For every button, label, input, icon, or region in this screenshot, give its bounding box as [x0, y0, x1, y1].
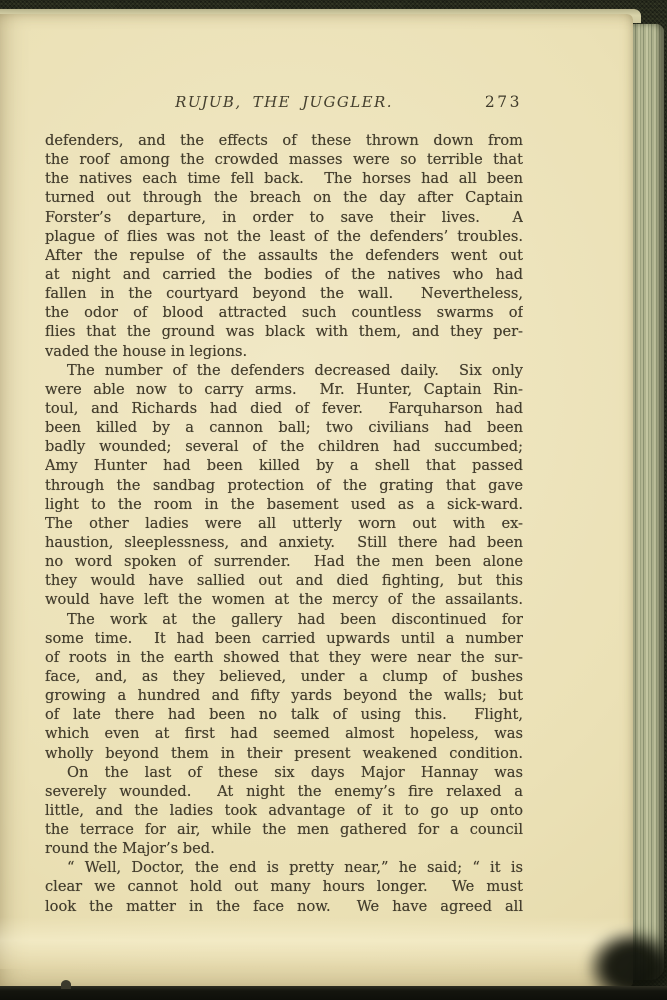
text-line: plague of flies was not the least of the…	[45, 227, 523, 246]
book-scan: RUJUB, THE JUGGLER. 273 defenders, and t…	[0, 0, 667, 1000]
text-line: the natives each time fell back. The hor…	[45, 169, 523, 188]
text-line: Forster’s departure, in order to save th…	[45, 208, 523, 227]
text-line: little, and the ladies took advantage of…	[45, 801, 523, 820]
text-line: clear we cannot hold out many hours long…	[45, 877, 523, 896]
text-line: were able now to carry arms. Mr. Hunter,…	[45, 380, 523, 399]
text-line: the roof among the crowded masses were s…	[45, 150, 523, 169]
page-curl-highlight	[0, 917, 633, 969]
text-line: of roots in the earth showed that they w…	[45, 648, 523, 667]
text-line: through the sandbag protection of the gr…	[45, 476, 523, 495]
text-line: After the repulse of the assaults the de…	[45, 246, 523, 265]
page-text: defenders, and the effects of these thro…	[45, 131, 523, 916]
text-line: been killed by a cannon ball; two civili…	[45, 418, 523, 437]
text-line: fallen in the courtyard beyond the wall.…	[45, 284, 523, 303]
book-bottom-edge	[0, 986, 667, 1000]
text-line: which even at first had seemed almost ho…	[45, 724, 523, 743]
text-line: severely wounded. At night the enemy’s f…	[45, 782, 523, 801]
text-line: the odor of blood attracted such countle…	[45, 303, 523, 322]
text-line: Amy Hunter had been killed by a shell th…	[45, 456, 523, 475]
text-line: they would have sallied out and died fig…	[45, 571, 523, 590]
text-line: round the Major’s bed.	[45, 839, 523, 858]
text-line: toul, and Richards had died of fever. Fa…	[45, 399, 523, 418]
text-line: The other ladies were all utterly worn o…	[45, 514, 523, 533]
page-number: 273	[485, 93, 522, 111]
text-line: turned out through the breach on the day…	[45, 188, 523, 207]
text-line: face, and, as they believed, under a clu…	[45, 667, 523, 686]
text-line: of late there had been no talk of using …	[45, 705, 523, 724]
text-line: at night and carried the bodies of the n…	[45, 265, 523, 284]
text-line: the terrace for air, while the men gathe…	[45, 820, 523, 839]
text-line: look the matter in the face now. We have…	[45, 897, 523, 916]
text-line: The work at the gallery had been discont…	[45, 610, 523, 629]
text-line: On the last of these six days Major Hann…	[45, 763, 523, 782]
text-line: would have left the women at the mercy o…	[45, 590, 523, 609]
text-line: flies that the ground was black with the…	[45, 322, 523, 341]
running-header: RUJUB, THE JUGGLER. 273	[45, 93, 523, 113]
book-page: RUJUB, THE JUGGLER. 273 defenders, and t…	[0, 14, 633, 987]
text-line: wholly beyond them in their present weak…	[45, 744, 523, 763]
text-line: badly wounded; several of the children h…	[45, 437, 523, 456]
text-line: “ Well, Doctor, the end is pretty near,”…	[45, 858, 523, 877]
page-edges-stack	[628, 24, 664, 980]
text-line: some time. It had been carried upwards u…	[45, 629, 523, 648]
text-line: vaded the house in legions.	[45, 342, 523, 361]
text-line: The number of the defenders decreased da…	[45, 361, 523, 380]
running-header-title: RUJUB, THE JUGGLER.	[45, 93, 523, 111]
edge-notch	[61, 980, 71, 989]
text-line: no word spoken of surrender. Had the men…	[45, 552, 523, 571]
text-line: light to the room in the basement used a…	[45, 495, 523, 514]
text-line: growing a hundred and fifty yards beyond…	[45, 686, 523, 705]
text-line: haustion, sleeplessness, and anxiety. St…	[45, 533, 523, 552]
text-line: defenders, and the effects of these thro…	[45, 131, 523, 150]
